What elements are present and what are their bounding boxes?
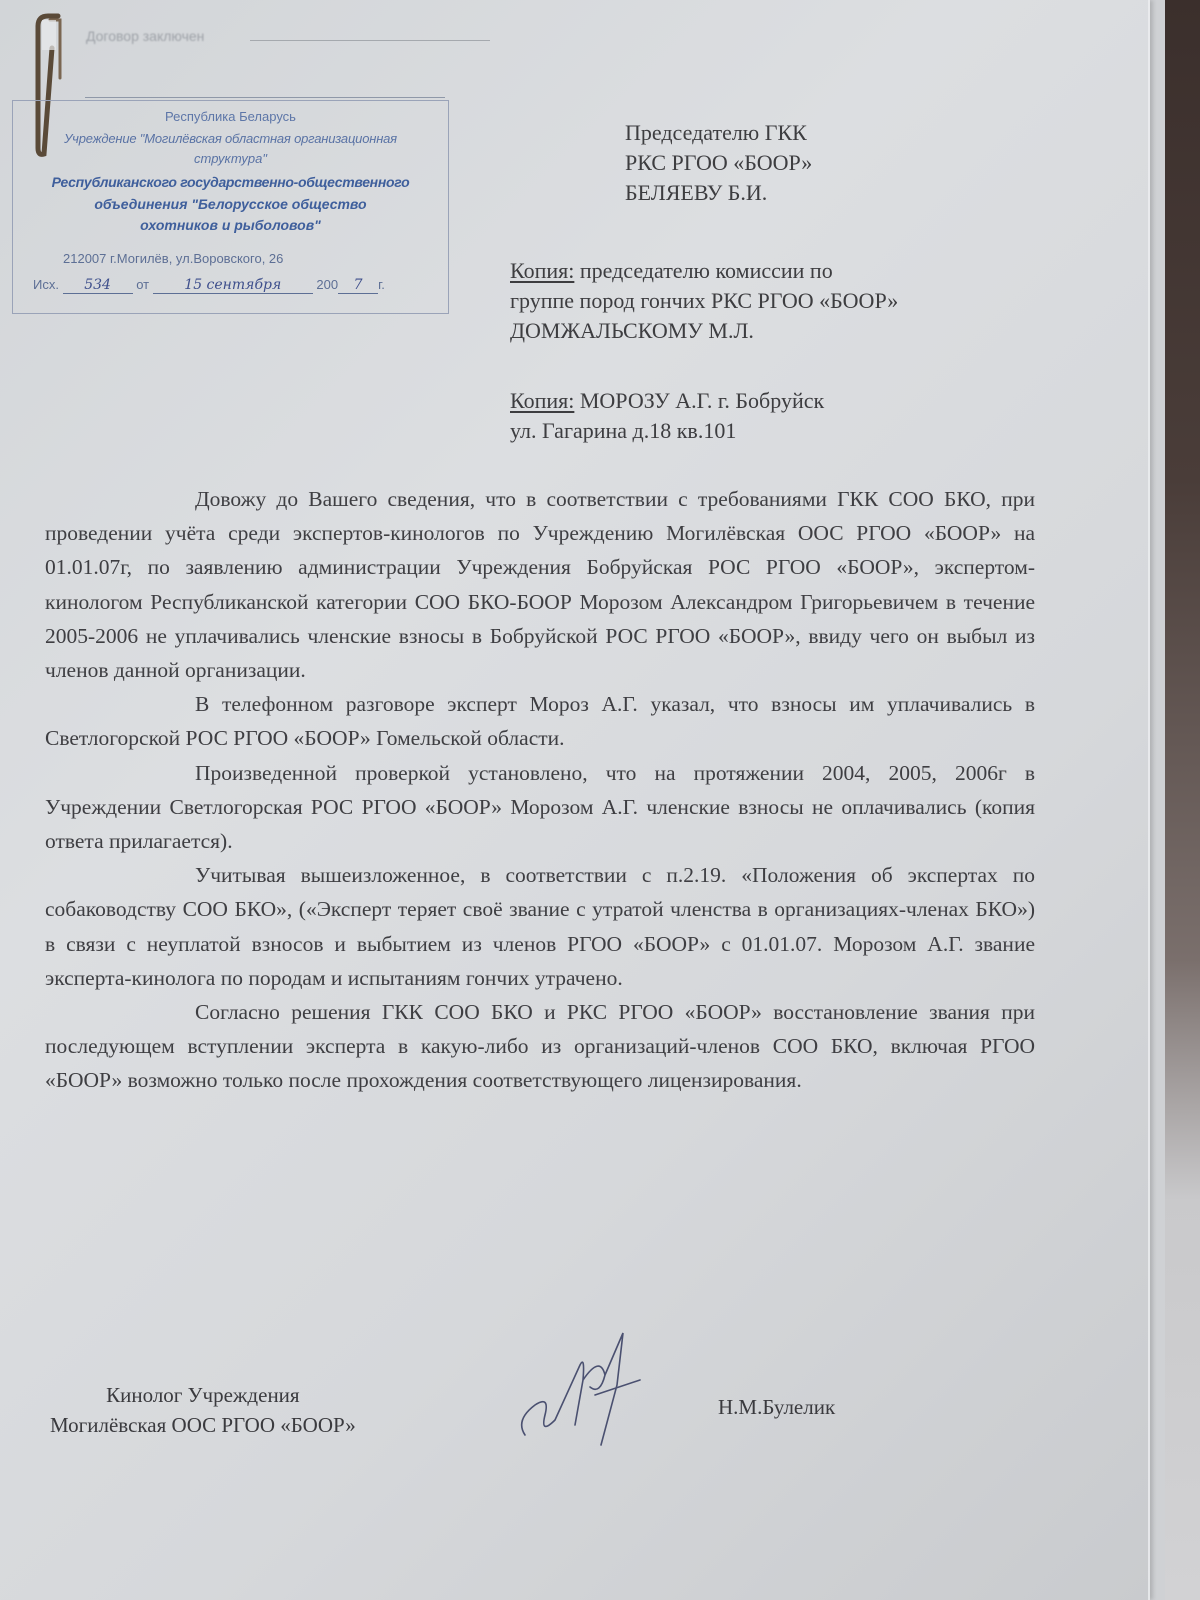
year-suffix: 7	[338, 277, 378, 294]
signatory-title: Кинолог Учреждения	[50, 1380, 356, 1410]
contract-blank-line	[250, 40, 490, 41]
paragraph: Учитывая вышеизложенное, в соответствии …	[45, 858, 1035, 995]
stamp-association: Республиканского государственно-обществе…	[13, 174, 448, 190]
addressee-org: РКС РГОО «БООР»	[625, 148, 812, 178]
addressee-block: Председателю ГКК РКС РГОО «БООР» БЕЛЯЕВУ…	[625, 118, 812, 208]
registration-stamp: Республика Беларусь Учреждение "Могилёвс…	[12, 100, 449, 314]
paragraph: Согласно решения ГКК СОО БКО и РКС РГОО …	[45, 995, 1035, 1098]
copy-name: ДОМЖАЛЬСКОМУ М.Л.	[510, 316, 898, 346]
copy-text: председателю комиссии по	[574, 258, 832, 283]
addressee-title: Председателю ГКК	[625, 118, 812, 148]
handwritten-signature-icon	[505, 1325, 645, 1455]
year-unit: г.	[378, 277, 385, 292]
stamp-country: Республика Беларусь	[13, 109, 448, 124]
copy-recipient-1: Копия: председателю комиссии по группе п…	[510, 256, 898, 346]
year-prefix: 200	[316, 277, 338, 292]
paragraph: В телефонном разговоре эксперт Мороз А.Г…	[45, 687, 1035, 755]
copy-address: ул. Гагарина д.18 кв.101	[510, 416, 824, 446]
paragraph: Произведенной проверкой установлено, что…	[45, 756, 1035, 859]
signatory-org: Могилёвская ООС РГОО «БООР»	[50, 1410, 356, 1440]
copy-label: Копия:	[510, 258, 574, 283]
copy-text: группе пород гончих РКС РГОО «БООР»	[510, 286, 898, 316]
page-edge	[1148, 0, 1150, 1600]
paragraph: Довожу до Вашего сведения, что в соответ…	[45, 482, 1035, 687]
signatory-position: Кинолог Учреждения Могилёвская ООС РГОО …	[50, 1380, 356, 1440]
contract-label: Договор заключен	[86, 28, 204, 44]
stamp-association-cont: объединения "Белорусское общество	[13, 196, 448, 212]
letter-body: Довожу до Вашего сведения, что в соответ…	[45, 482, 1035, 1098]
stamp-address: 212007 г.Могилёв, ул.Воровского, 26	[63, 251, 448, 266]
outgoing-number: 534	[63, 277, 133, 294]
signatory-name: Н.М.Булелик	[718, 1395, 835, 1420]
stamp-institution-cont: структура"	[13, 151, 448, 166]
stamp-outgoing-row: Исх. 534 от 15 сентября 2007г.	[33, 277, 448, 294]
stamp-rule	[85, 97, 445, 98]
copy-label: Копия:	[510, 388, 574, 413]
stamp-association-end: охотников и рыболовов"	[13, 217, 448, 233]
addressee-name: БЕЛЯЕВУ Б.И.	[625, 178, 812, 208]
outgoing-label: Исх.	[33, 277, 59, 292]
date-label: от	[136, 277, 149, 292]
stamp-institution: Учреждение "Могилёвская областная органи…	[13, 131, 448, 146]
copy-recipient-2: Копия: МОРОЗУ А.Г. г. Бобруйск ул. Гагар…	[510, 386, 824, 446]
outgoing-date: 15 сентября	[153, 277, 313, 294]
letter-page: Договор заключен Республика Беларусь Учр…	[0, 0, 1150, 1600]
copy-text: МОРОЗУ А.Г. г. Бобруйск	[574, 388, 824, 413]
